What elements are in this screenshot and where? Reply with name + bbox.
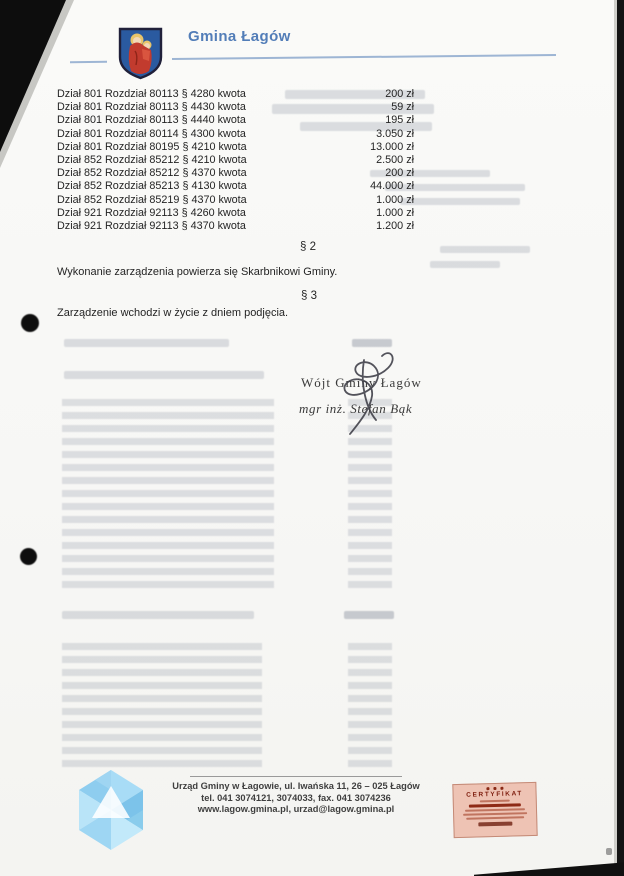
table-row: Dział 852 Rozdział 85212 § 4370 kwota 20… — [57, 167, 414, 180]
section-text: Zarządzenie wchodzi w życie z dniem podj… — [57, 307, 288, 319]
bleed-through-line — [430, 261, 500, 268]
footer-phone: tel. 041 3074121, 3074033, fax. 041 3074… — [146, 793, 446, 805]
table-row: Dział 921 Rozdział 92113 § 4370 kwota 1.… — [57, 220, 414, 233]
table-row: Dział 852 Rozdział 85213 § 4130 kwota 44… — [57, 180, 414, 193]
table-row-label: Dział 801 Rozdział 80114 § 4300 kwota — [57, 128, 246, 141]
section-text: Wykonanie zarządzenia powierza się Skarb… — [57, 266, 337, 278]
page-title: Gmina Łagów — [188, 28, 291, 45]
hole-punch — [21, 314, 39, 332]
bleed-through-line — [64, 371, 264, 379]
table-row-amount: 3.050 zł — [376, 128, 414, 141]
page-number-smudge — [606, 848, 612, 855]
table-row-label: Dział 852 Rozdział 85213 § 4130 kwota — [57, 180, 247, 193]
table-row-label: Dział 801 Rozdział 80113 § 4440 kwota — [57, 114, 246, 127]
footer-rule — [190, 776, 402, 777]
certificate-line — [469, 803, 521, 807]
bleed-through-line — [62, 611, 254, 619]
table-row-amount: 2.500 zł — [376, 154, 414, 167]
bleed-through-block — [348, 643, 392, 773]
header-rule — [70, 61, 107, 63]
certificate-line — [463, 812, 527, 816]
table-row-label: Dział 921 Rozdział 92113 § 4260 kwota — [57, 207, 246, 220]
bleed-through-block — [62, 643, 262, 773]
certificate-line — [465, 808, 525, 812]
certificate-deco-icon — [486, 787, 503, 790]
handwritten-signature — [330, 350, 400, 442]
bleed-through-line — [344, 611, 394, 619]
table-row: Dział 801 Rozdział 80114 § 4300 kwota 3.… — [57, 128, 414, 141]
bleed-through-line — [352, 339, 392, 347]
table-row-label: Dział 801 Rozdział 80195 § 4210 kwota — [57, 141, 247, 154]
table-row-label: Dział 921 Rozdział 92113 § 4370 kwota — [57, 220, 246, 233]
table-row: Dział 801 Rozdział 80113 § 4430 kwota 59… — [57, 101, 414, 114]
table-row-amount: 59 zł — [391, 101, 414, 114]
table-row-label: Dział 801 Rozdział 80113 § 4280 kwota — [57, 88, 246, 101]
certificate-stamp: CERTYFIKAT — [452, 782, 537, 838]
header-rule — [172, 54, 556, 60]
hole-punch — [20, 548, 37, 565]
table-row: Dział 852 Rozdział 85219 § 4370 kwota 1.… — [57, 194, 414, 207]
scan-edge-bottom — [474, 860, 624, 876]
footer-contact: Urząd Gminy w Łagowie, ul. Iwańska 11, 2… — [146, 781, 446, 816]
bleed-through-line — [400, 198, 520, 205]
table-row-amount: 195 zł — [385, 114, 414, 127]
certificate-line — [480, 800, 510, 803]
budget-table: Dział 801 Rozdział 80113 § 4280 kwota 20… — [57, 88, 414, 233]
scan-edge-right — [617, 0, 624, 876]
table-row-amount: 1.000 zł — [376, 194, 414, 207]
municipality-logo-icon — [74, 769, 148, 851]
section-heading: § 2 — [300, 241, 316, 253]
scanned-document-page: Gmina Łagów Dział 801 Rozdział 80113 § 4… — [0, 0, 624, 876]
table-row-amount: 13.000 zł — [370, 141, 414, 154]
table-row: Dział 801 Rozdział 80113 § 4440 kwota 19… — [57, 114, 414, 127]
table-row: Dział 852 Rozdział 85212 § 4210 kwota 2.… — [57, 154, 414, 167]
table-row-amount: 200 zł — [385, 88, 414, 101]
table-row-amount: 44.000 zł — [370, 180, 414, 193]
table-row-amount: 1.200 zł — [376, 220, 414, 233]
table-row-amount: 1.000 zł — [376, 207, 414, 220]
table-row-label: Dział 852 Rozdział 85212 § 4210 kwota — [57, 154, 247, 167]
table-row: Dział 801 Rozdział 80195 § 4210 kwota 13… — [57, 141, 414, 154]
table-row: Dział 921 Rozdział 92113 § 4260 kwota 1.… — [57, 207, 414, 220]
footer-web: www.lagow.gmina.pl, urzad@lagow.gmina.pl — [146, 804, 446, 816]
bleed-through-line — [64, 339, 229, 347]
certificate-line — [466, 816, 524, 820]
bleed-through-block — [62, 399, 274, 593]
table-row-label: Dział 852 Rozdział 85219 § 4370 kwota — [57, 194, 247, 207]
coat-of-arms-icon — [118, 27, 163, 80]
section-heading: § 3 — [301, 290, 317, 302]
certificate-line — [478, 822, 512, 827]
table-row-label: Dział 852 Rozdział 85212 § 4370 kwota — [57, 167, 247, 180]
table-row-amount: 200 zł — [385, 167, 414, 180]
certificate-title: CERTYFIKAT — [466, 790, 523, 798]
table-row-label: Dział 801 Rozdział 80113 § 4430 kwota — [57, 101, 246, 114]
footer-address: Urząd Gminy w Łagowie, ul. Iwańska 11, 2… — [146, 781, 446, 793]
bleed-through-line — [440, 246, 530, 253]
table-row: Dział 801 Rozdział 80113 § 4280 kwota 20… — [57, 88, 414, 101]
